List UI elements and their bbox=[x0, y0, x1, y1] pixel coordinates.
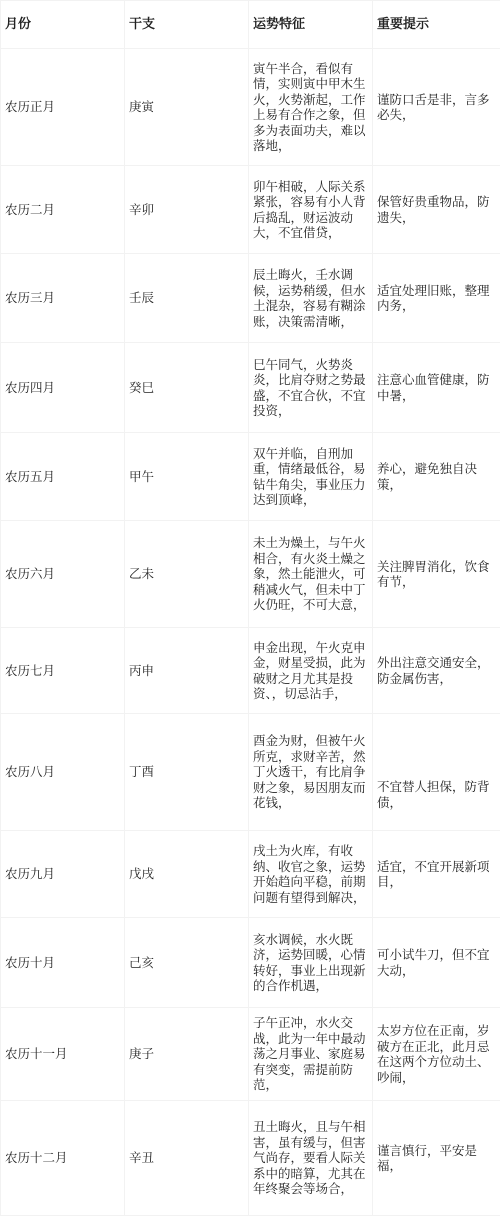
header-month: 月份 bbox=[1, 1, 125, 49]
ganzhi-cell: 丙申 bbox=[125, 628, 249, 714]
tip-cell: 不宜替人担保，防背债， bbox=[373, 714, 500, 831]
header-feature: 运势特征 bbox=[249, 1, 373, 49]
month-cell: 农历七月 bbox=[1, 628, 125, 714]
month-cell: 农历九月 bbox=[1, 831, 125, 918]
table-row: 农历九月 戊戌 戌土为火库，有收纳、收官之象，运势开始趋向平稳，前期问题有望得到… bbox=[1, 831, 500, 918]
ganzhi-cell: 乙未 bbox=[125, 521, 249, 628]
tip-cell: 谨言慎行，平安是福， bbox=[373, 1101, 500, 1216]
month-cell: 农历二月 bbox=[1, 166, 125, 254]
tip-cell: 保管好贵重物品，防遗失， bbox=[373, 166, 500, 254]
table-row: 农历二月 辛卯 卯午相破，人际关系紧张，容易有小人背后捣乱，财运波动大，不宜借贷… bbox=[1, 166, 500, 254]
feature-cell: 卯午相破，人际关系紧张，容易有小人背后捣乱，财运波动大，不宜借贷， bbox=[249, 166, 373, 254]
tip-cell: 太岁方位在正南，岁破方在正北，此月忌在这两个方位动土、吵闹， bbox=[373, 1008, 500, 1101]
feature-cell: 辰土晦火，壬水调候，运势稍缓，但水土混杂，容易有糊涂账，决策需清晰， bbox=[249, 254, 373, 343]
month-cell: 农历正月 bbox=[1, 49, 125, 166]
feature-cell: 戌土为火库，有收纳、收官之象，运势开始趋向平稳，前期问题有望得到解决， bbox=[249, 831, 373, 918]
ganzhi-cell: 庚寅 bbox=[125, 49, 249, 166]
ganzhi-cell: 辛卯 bbox=[125, 166, 249, 254]
month-cell: 农历六月 bbox=[1, 521, 125, 628]
month-cell: 农历十二月 bbox=[1, 1101, 125, 1216]
feature-cell: 丑土晦火，且与午相害，虽有缓与，但害气尚存，要看人际关系中的暗算，尤其在年终聚会… bbox=[249, 1101, 373, 1216]
monthly-fortune-table: 月份 干支 运势特征 重要提示 农历正月 庚寅 寅午半合，看似有情，实则寅中甲木… bbox=[0, 0, 500, 1216]
feature-cell: 酉金为财，但被午火所克，求财辛苦，然丁火透干，有比肩争财之象，易因朋友而花钱， bbox=[249, 714, 373, 831]
table-header-row: 月份 干支 运势特征 重要提示 bbox=[1, 1, 500, 49]
tip-cell: 适宜，不宜开展新项目， bbox=[373, 831, 500, 918]
ganzhi-cell: 丁酉 bbox=[125, 714, 249, 831]
ganzhi-cell: 癸巳 bbox=[125, 343, 249, 433]
feature-cell: 寅午半合，看似有情，实则寅中甲木生火，火势渐起，工作上易有合作之象，但多为表面功… bbox=[249, 49, 373, 166]
tip-cell: 适宜处理旧账，整理内务， bbox=[373, 254, 500, 343]
feature-cell: 子午正冲，水火交战，此为一年中最动荡之月事业、家庭易有突变，需提前防范， bbox=[249, 1008, 373, 1101]
tip-cell: 外出注意交通安全，防金属伤害， bbox=[373, 628, 500, 714]
feature-cell: 未土为燥土，与午火相合，有火炎土燥之象，然土能泄火，可稍减火气，但未中丁火仍旺，… bbox=[249, 521, 373, 628]
tip-cell: 关注脾胃消化，饮食有节， bbox=[373, 521, 500, 628]
table-row: 农历十二月 辛丑 丑土晦火，且与午相害，虽有缓与，但害气尚存，要看人际关系中的暗… bbox=[1, 1101, 500, 1216]
ganzhi-cell: 己亥 bbox=[125, 918, 249, 1008]
ganzhi-cell: 戊戌 bbox=[125, 831, 249, 918]
header-ganzhi: 干支 bbox=[125, 1, 249, 49]
ganzhi-cell: 庚子 bbox=[125, 1008, 249, 1101]
tip-cell: 注意心血管健康，防中暑， bbox=[373, 343, 500, 433]
table-row: 农历十月 己亥 亥水调候，水火既济，运势回暖，心情转好，事业上出现新的合作机遇，… bbox=[1, 918, 500, 1008]
table-row: 农历四月 癸巳 巳午同气，火势炎炎，比肩夺财之势最盛，不宜合伙，不宜投资， 注意… bbox=[1, 343, 500, 433]
feature-cell: 巳午同气，火势炎炎，比肩夺财之势最盛，不宜合伙，不宜投资， bbox=[249, 343, 373, 433]
feature-cell: 亥水调候，水火既济，运势回暖，心情转好，事业上出现新的合作机遇， bbox=[249, 918, 373, 1008]
tip-cell: 养心，避免独自决策， bbox=[373, 433, 500, 521]
tip-cell: 可小试牛刀，但不宜大动， bbox=[373, 918, 500, 1008]
ganzhi-cell: 甲午 bbox=[125, 433, 249, 521]
month-cell: 农历五月 bbox=[1, 433, 125, 521]
month-cell: 农历四月 bbox=[1, 343, 125, 433]
month-cell: 农历八月 bbox=[1, 714, 125, 831]
table-row: 农历正月 庚寅 寅午半合，看似有情，实则寅中甲木生火，火势渐起，工作上易有合作之… bbox=[1, 49, 500, 166]
feature-cell: 申金出现，午火克申金，财星受损，此为破财之月尤其是投资、，切忌沾手， bbox=[249, 628, 373, 714]
table-row: 农历六月 乙未 未土为燥土，与午火相合，有火炎土燥之象，然土能泄火，可稍减火气，… bbox=[1, 521, 500, 628]
month-cell: 农历十月 bbox=[1, 918, 125, 1008]
month-cell: 农历三月 bbox=[1, 254, 125, 343]
month-cell: 农历十一月 bbox=[1, 1008, 125, 1101]
table-row: 农历三月 壬辰 辰土晦火，壬水调候，运势稍缓，但水土混杂，容易有糊涂账，决策需清… bbox=[1, 254, 500, 343]
ganzhi-cell: 壬辰 bbox=[125, 254, 249, 343]
table-row: 农历五月 甲午 双午并临，自刑加重，情绪最低谷，易钻牛角尖，事业压力达到顶峰， … bbox=[1, 433, 500, 521]
header-tip: 重要提示 bbox=[373, 1, 500, 49]
table-row: 农历八月 丁酉 酉金为财，但被午火所克，求财辛苦，然丁火透干，有比肩争财之象，易… bbox=[1, 714, 500, 831]
table-row: 农历七月 丙申 申金出现，午火克申金，财星受损，此为破财之月尤其是投资、，切忌沾… bbox=[1, 628, 500, 714]
ganzhi-cell: 辛丑 bbox=[125, 1101, 249, 1216]
table-row: 农历十一月 庚子 子午正冲，水火交战，此为一年中最动荡之月事业、家庭易有突变，需… bbox=[1, 1008, 500, 1101]
feature-cell: 双午并临，自刑加重，情绪最低谷，易钻牛角尖，事业压力达到顶峰， bbox=[249, 433, 373, 521]
tip-cell: 谨防口舌是非，言多必失， bbox=[373, 49, 500, 166]
